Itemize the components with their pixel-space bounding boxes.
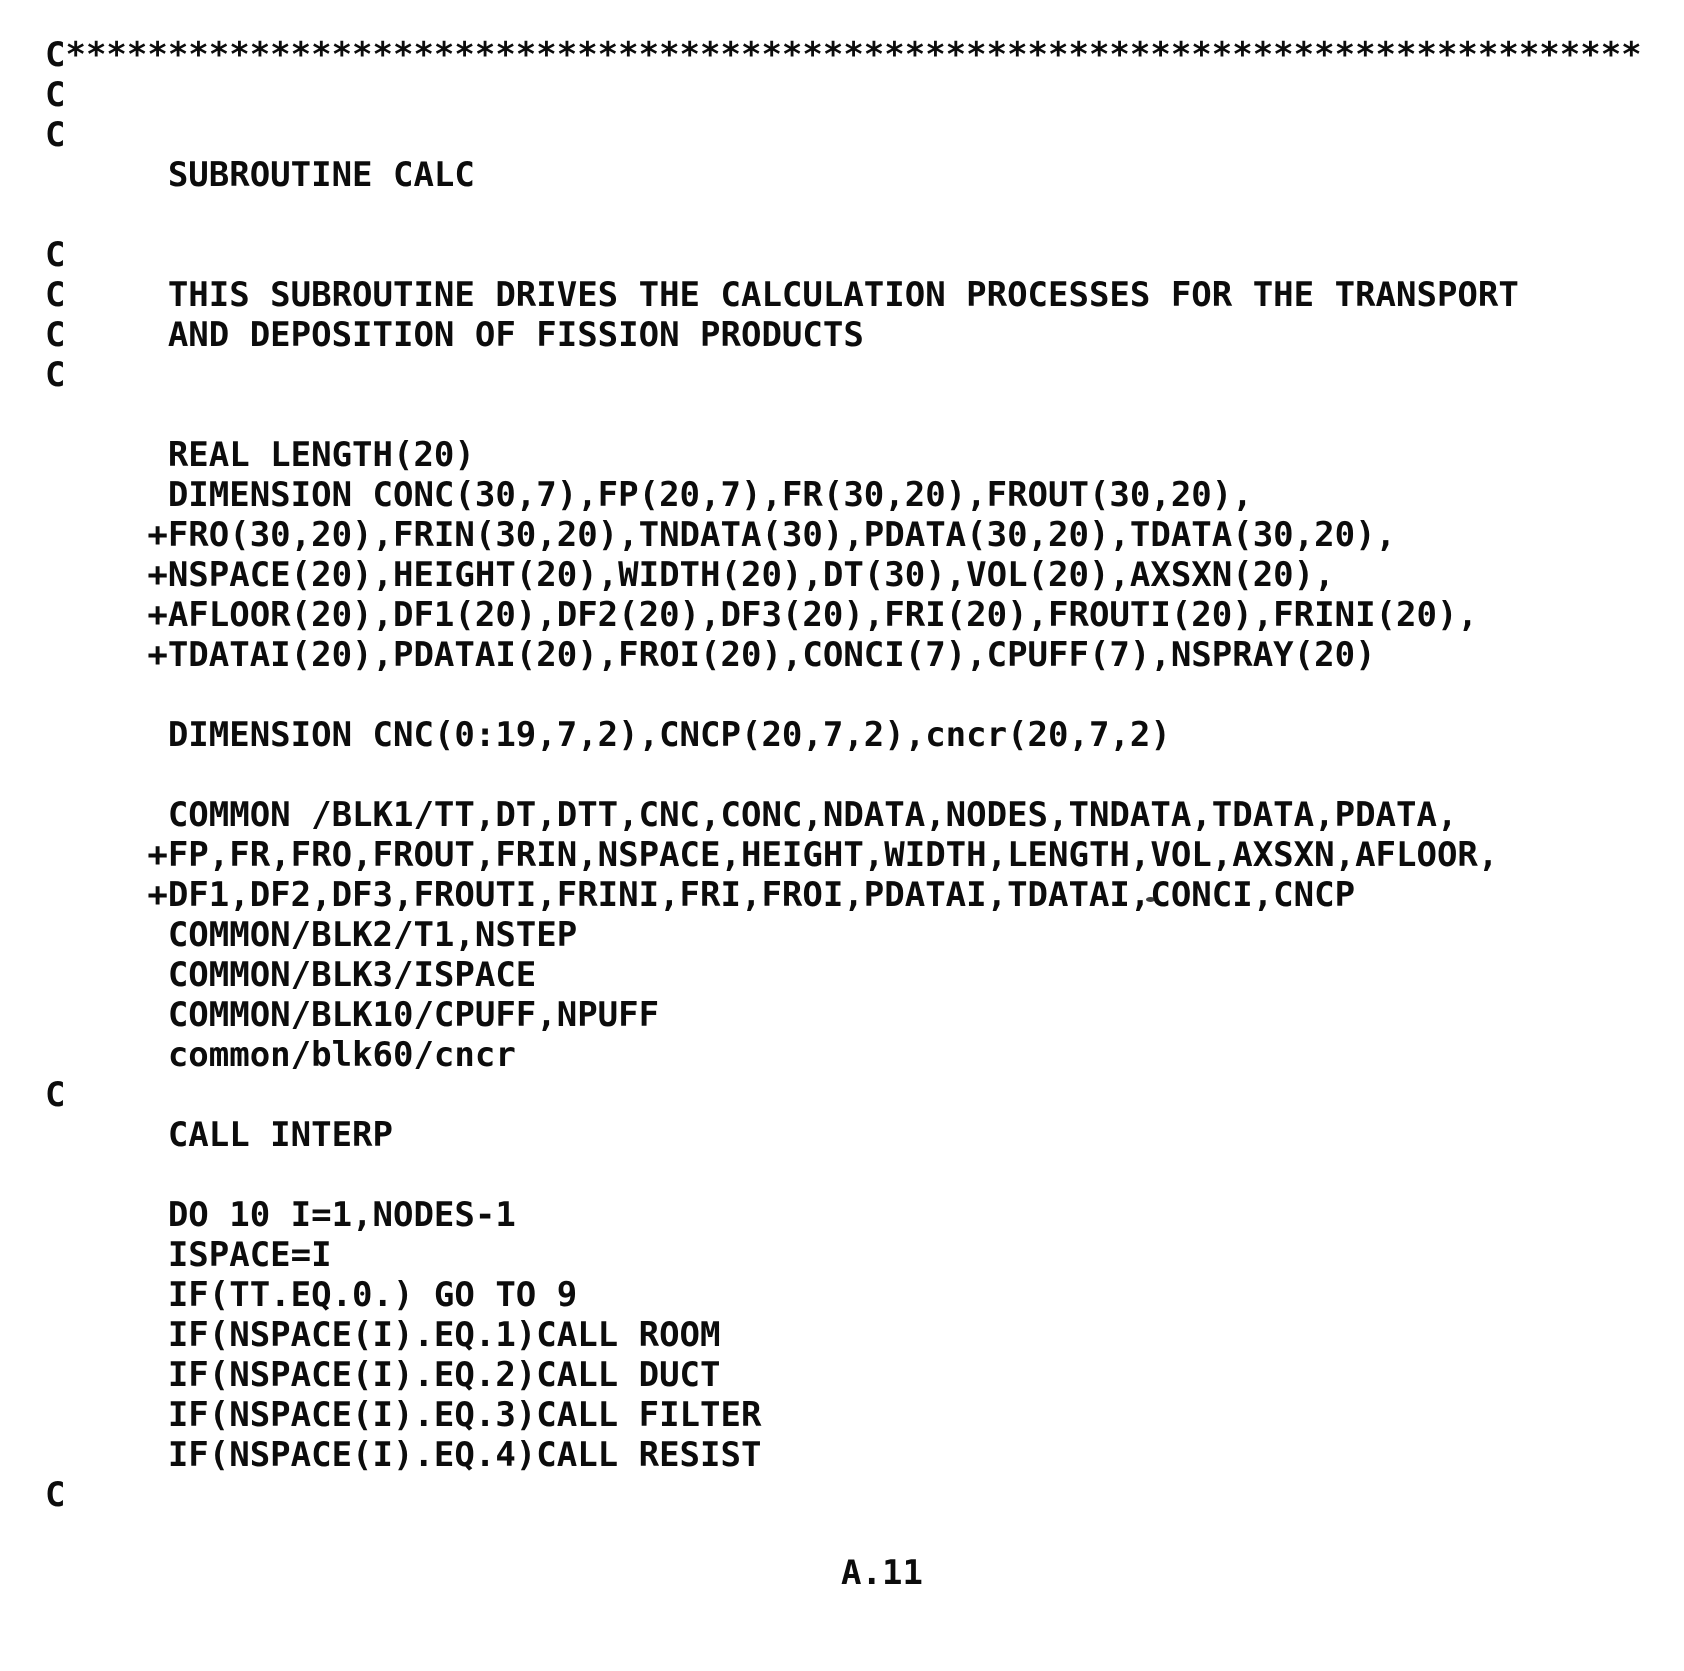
code-line: IF(NSPACE(I).EQ.1)CALL ROOM — [45, 1315, 1642, 1355]
code-line: ISPACE=I — [45, 1235, 1642, 1275]
code-line: C THIS SUBROUTINE DRIVES THE CALCULATION… — [45, 275, 1642, 315]
code-line: SUBROUTINE CALC — [45, 155, 1642, 195]
scan-speck — [1146, 897, 1155, 902]
code-line: +NSPACE(20),HEIGHT(20),WIDTH(20),DT(30),… — [45, 555, 1642, 595]
code-line: IF(NSPACE(I).EQ.4)CALL RESIST — [45, 1435, 1642, 1475]
code-line — [45, 675, 1642, 715]
code-line: COMMON /BLK1/TT,DT,DTT,CNC,CONC,NDATA,NO… — [45, 795, 1642, 835]
code-line: DIMENSION CNC(0:19,7,2),CNCP(20,7,2),cnc… — [45, 715, 1642, 755]
code-line — [45, 1155, 1642, 1195]
code-line: C***************************************… — [45, 35, 1642, 75]
code-line: +FRO(30,20),FRIN(30,20),TNDATA(30),PDATA… — [45, 515, 1642, 555]
code-line: IF(TT.EQ.0.) GO TO 9 — [45, 1275, 1642, 1315]
code-line: +TDATAI(20),PDATAI(20),FROI(20),CONCI(7)… — [45, 635, 1642, 675]
code-line: DO 10 I=1,NODES-1 — [45, 1195, 1642, 1235]
code-line: C — [45, 115, 1642, 155]
page-number: A.11 — [40, 1553, 1684, 1593]
code-line: IF(NSPACE(I).EQ.2)CALL DUCT — [45, 1355, 1642, 1395]
code-line: +DF1,DF2,DF3,FROUTI,FRINI,FRI,FROI,PDATA… — [45, 875, 1642, 915]
code-line: DIMENSION CONC(30,7),FP(20,7),FR(30,20),… — [45, 475, 1642, 515]
code-line: CALL INTERP — [45, 1115, 1642, 1155]
code-line: common/blk60/cncr — [45, 1035, 1642, 1075]
code-line: COMMON/BLK2/T1,NSTEP — [45, 915, 1642, 955]
code-line: COMMON/BLK10/CPUFF,NPUFF — [45, 995, 1642, 1035]
code-line: C — [45, 235, 1642, 275]
code-line: C — [45, 355, 1642, 395]
code-line: +AFLOOR(20),DF1(20),DF2(20),DF3(20),FRI(… — [45, 595, 1642, 635]
code-line — [45, 195, 1642, 235]
code-line: IF(NSPACE(I).EQ.3)CALL FILTER — [45, 1395, 1642, 1435]
code-listing: C***************************************… — [45, 35, 1642, 1515]
code-line — [45, 755, 1642, 795]
code-line: COMMON/BLK3/ISPACE — [45, 955, 1642, 995]
code-line: +FP,FR,FRO,FROUT,FRIN,NSPACE,HEIGHT,WIDT… — [45, 835, 1642, 875]
code-line — [45, 395, 1642, 435]
code-line: REAL LENGTH(20) — [45, 435, 1642, 475]
code-line: C AND DEPOSITION OF FISSION PRODUCTS — [45, 315, 1642, 355]
scanned-code-page: C***************************************… — [0, 0, 1684, 1671]
code-line: C — [45, 1475, 1642, 1515]
code-line: C — [45, 75, 1642, 115]
code-line: C — [45, 1075, 1642, 1115]
